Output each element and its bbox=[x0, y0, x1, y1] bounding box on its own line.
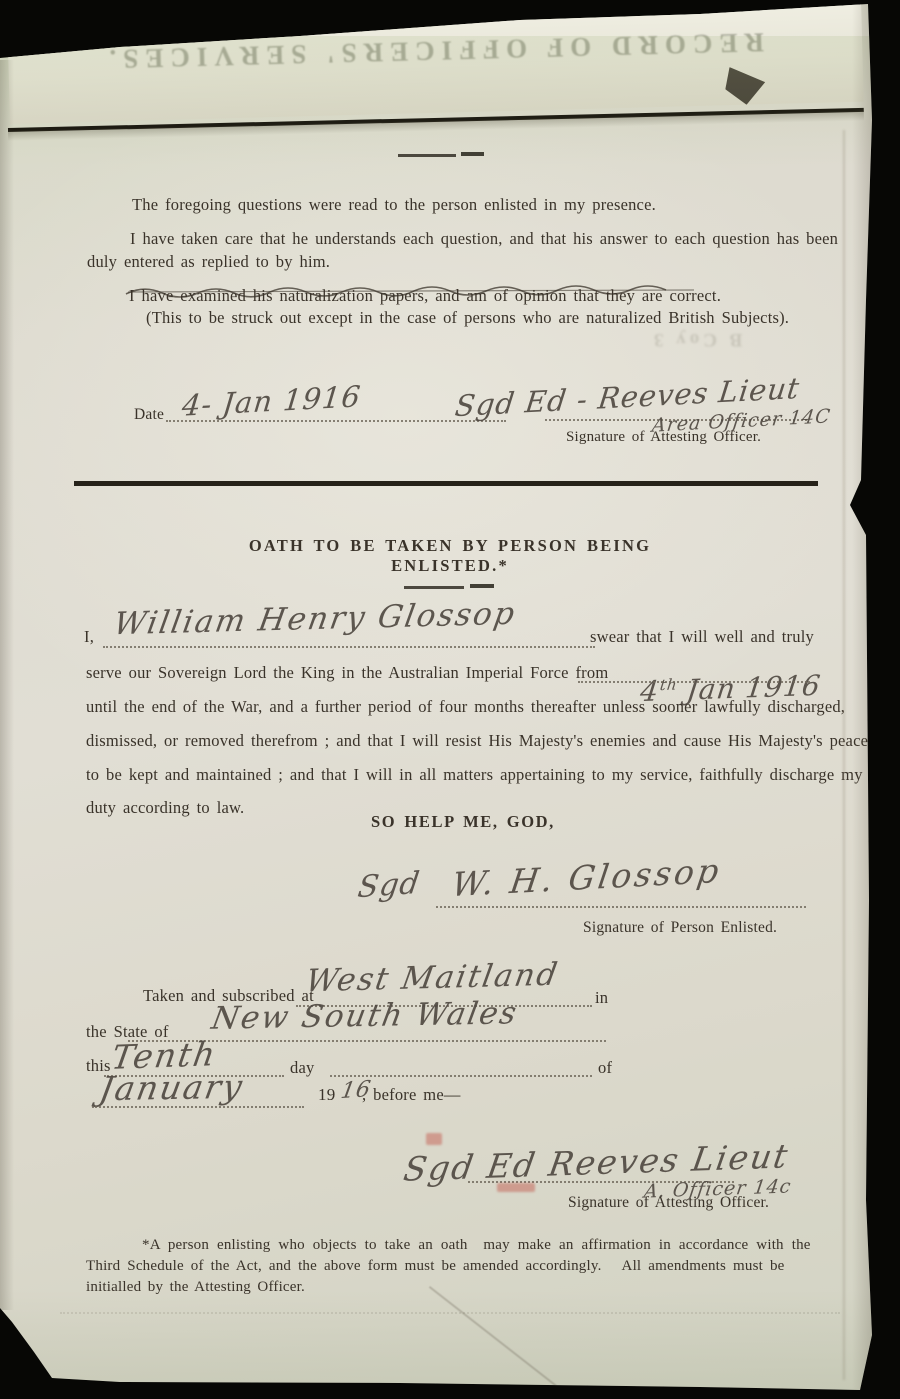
oath-short-rule bbox=[404, 586, 464, 589]
attesting-caption-top: Signature of Attesting Officer. bbox=[566, 427, 761, 447]
footnote-line-3: initialled by the Attesting Officer. bbox=[86, 1277, 305, 1297]
enlistee-name-handwritten: William Henry Glossop bbox=[111, 596, 519, 643]
short-rule-dash bbox=[461, 152, 484, 156]
folded-page-strip: RECORD OF OFFICERS' SERVICES. bbox=[7, 0, 863, 124]
scanned-document-page: RECORD OF OFFICERS' SERVICES. B Coy 3 Th… bbox=[0, 0, 900, 1399]
certification-para-2-line-1: I have taken care that he understands ea… bbox=[130, 229, 838, 249]
date-label: Date bbox=[134, 405, 164, 425]
certification-para-1: The foregoing questions were read to the… bbox=[132, 195, 656, 215]
left-edge-shadow bbox=[0, 60, 14, 1310]
footnote-line-2: Third Schedule of the Act, and the above… bbox=[86, 1256, 785, 1276]
oath-line-4: dismissed, or removed therefrom ; and th… bbox=[86, 731, 868, 751]
oath-line-5: to be kept and maintained ; and that I w… bbox=[86, 765, 863, 785]
bottom-dotted-texture bbox=[60, 1312, 840, 1314]
oath-line-2: serve our Sovereign Lord the King in the… bbox=[86, 663, 608, 683]
person-signature-caption: Signature of Person Enlisted. bbox=[583, 918, 777, 938]
paper-sheet: RECORD OF OFFICERS' SERVICES. B Coy 3 Th… bbox=[0, 0, 900, 1399]
section-divider-rule bbox=[74, 481, 818, 486]
oath-i-prefix: I, bbox=[84, 627, 94, 647]
person-signature-dotted-line bbox=[436, 906, 806, 908]
oath-date-handwritten: 4th Jan 1916 bbox=[575, 636, 827, 744]
oath-line-3: until the end of the War, and a further … bbox=[86, 697, 845, 717]
green-tint-bottom bbox=[0, 1290, 900, 1399]
right-edge-shadow bbox=[852, 0, 872, 1399]
oath-line-6: duty according to law. bbox=[86, 798, 244, 818]
before-me-text: , before me— bbox=[362, 1085, 461, 1105]
month-dotted-line bbox=[92, 1106, 304, 1108]
attesting-caption-bottom: Signature of Attesting Officer. bbox=[568, 1193, 769, 1213]
bleed-through-text: B Coy 3 bbox=[650, 328, 742, 350]
mirrored-title-text: RECORD OF OFFICERS' SERVICES. bbox=[88, 26, 779, 75]
name-dotted-line bbox=[103, 646, 595, 648]
certification-para-2-line-2: duly entered as replied to by him. bbox=[87, 252, 330, 272]
year-printed: 19 bbox=[318, 1085, 335, 1105]
of-label: of bbox=[598, 1058, 612, 1078]
strikethrough-squiggle bbox=[124, 281, 699, 303]
bottom-diagonal-crease bbox=[429, 1286, 564, 1392]
place-handwritten: West Maitland bbox=[303, 957, 562, 1000]
taken-subscribed-suffix: in bbox=[595, 988, 608, 1008]
fold-tear bbox=[725, 66, 766, 105]
month-handwritten: January bbox=[97, 1067, 247, 1109]
footnote-line-1: *A person enlisting who objects to take … bbox=[142, 1235, 811, 1255]
red-stamp-remnant bbox=[497, 1183, 535, 1192]
date-handwritten: 4- Jan 1916 bbox=[180, 379, 362, 423]
state-handwritten: New South Wales bbox=[209, 995, 521, 1036]
so-help-me-god: SO HELP ME, GOD, bbox=[371, 812, 555, 832]
red-stamp-remnant-small bbox=[426, 1133, 442, 1145]
day-label: day bbox=[290, 1058, 314, 1078]
right-edge-crease bbox=[843, 130, 845, 1380]
person-signature: W. H. Glossop bbox=[449, 851, 724, 904]
sgd-handwritten: Sgd bbox=[356, 866, 423, 906]
oath-date-dotted-line bbox=[578, 681, 810, 683]
struck-out-note: (This to be struck out except in the cas… bbox=[146, 308, 789, 328]
oath-heading: OATH TO BE TAKEN BY PERSON BEING ENLISTE… bbox=[220, 536, 680, 576]
oath-short-rule-dash bbox=[470, 584, 494, 588]
short-rule bbox=[398, 154, 456, 157]
